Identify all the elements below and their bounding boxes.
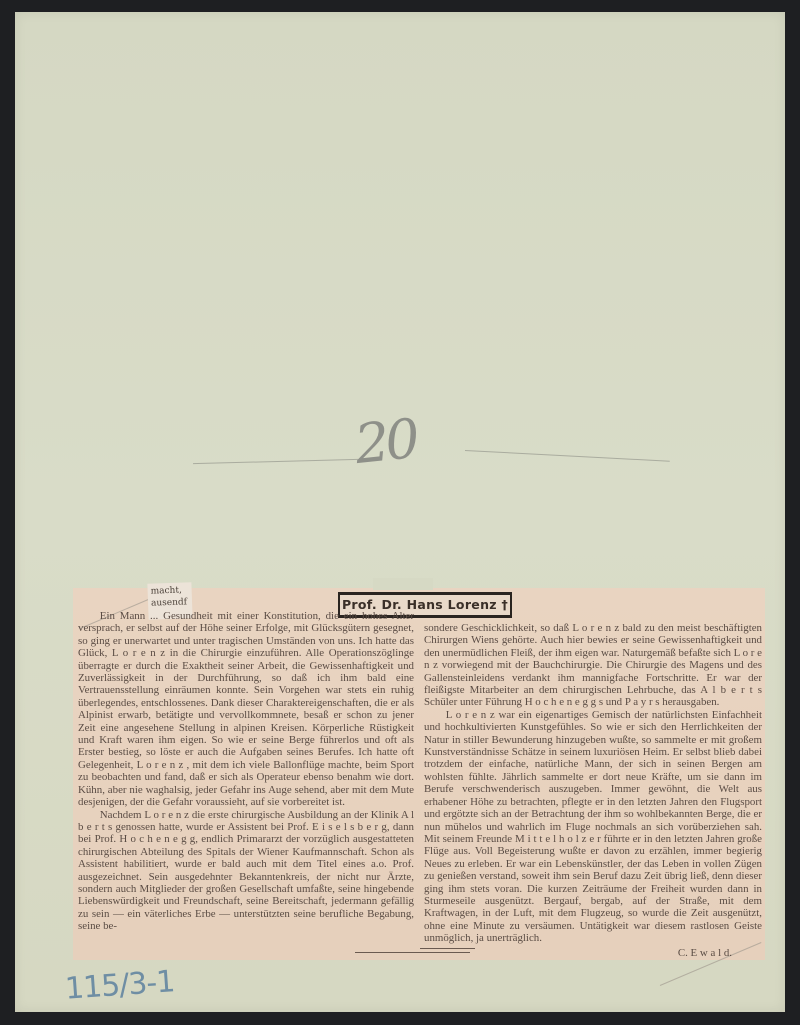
end-rule-right [420, 948, 475, 949]
article-column-left: Ein Mann ... Gesundheit mit einer Konsti… [78, 610, 414, 933]
scrap-line-2: ausendf [151, 596, 189, 609]
pencil-page-number: 20 [352, 407, 419, 476]
paragraph: Nachdem L o r e n z die erste chirurgisc… [78, 809, 414, 933]
paragraph: sondere Geschicklichkeit, so daß L o r e… [424, 622, 762, 709]
end-rule-left [355, 952, 470, 953]
article-column-right: sondere Geschicklichkeit, so daß L o r e… [424, 622, 762, 959]
paragraph: L o r e n z war ein eigenartiges Gemisch… [424, 709, 762, 945]
clipping-torn-edge [373, 578, 433, 590]
paragraph: Ein Mann ... Gesundheit mit einer Konsti… [78, 610, 414, 809]
